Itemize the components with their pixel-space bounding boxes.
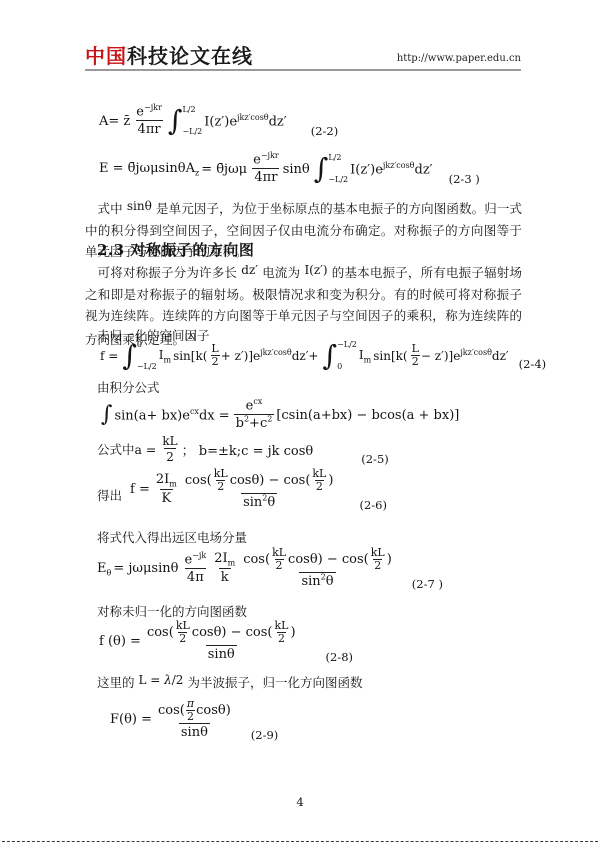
math-token: cosθ) − cos( — [192, 625, 273, 641]
math-token: 2I — [214, 551, 227, 566]
math-token: θ — [326, 574, 334, 589]
formula-integral-identity: ∫ sin(a+ bx)ecxdx = ecx b2+c2 [csin(a+bx… — [99, 398, 461, 432]
math-token: +c — [249, 416, 267, 431]
fraction: kL2 — [273, 620, 289, 645]
fraction-denominator: 2 — [275, 559, 284, 573]
math-token: e−jkr — [136, 104, 162, 120]
math-token: sin[k( — [173, 349, 207, 363]
math-token: b — [236, 416, 244, 431]
fraction-denominator: 2 — [315, 480, 324, 494]
math-token: cosθ) — [196, 703, 231, 719]
math-token: Eθ — [97, 561, 111, 578]
math-token: λ — [164, 673, 172, 687]
math-exponent: 2 — [267, 415, 272, 424]
inline-math: dz′ — [241, 263, 258, 277]
fraction: π2 — [186, 698, 195, 723]
text-run: 可将对称振子分为许多长 — [98, 265, 238, 280]
integral-limits: 0 −L/2 — [137, 341, 157, 371]
fraction: kL2 — [311, 468, 327, 493]
math-subscript: θ — [107, 568, 112, 577]
formula-2-6: 得出 f = 2Im K cos( kL2 cosθ) − cos( kL2 )… — [97, 468, 389, 512]
math-token: sin2θ — [243, 494, 275, 512]
math-token: A= z̄ — [99, 114, 130, 129]
label-pattern-function: 对称未归一化的方向图函数 — [97, 603, 247, 621]
math-token: 2Im — [156, 472, 177, 489]
formula-2-8: f (θ) = cos( kL2 cosθ) − cos( kL2 ) sinθ… — [99, 620, 355, 664]
equation-number: (2-8) — [326, 650, 354, 664]
math-subscript: m — [169, 480, 177, 489]
integral: ∫ 0 −L/2 — [122, 341, 156, 371]
math-token: f = — [130, 482, 150, 497]
math-exponent: jkz′cosθ — [260, 348, 292, 357]
math-token: = θ̄jωμ — [201, 162, 247, 177]
fraction-numerator: kL — [370, 547, 386, 559]
fraction: ecx b2+c2 — [234, 398, 275, 432]
fraction-denominator: 2 — [186, 710, 195, 724]
fraction: kL2 — [271, 547, 287, 572]
math-token: dz′ — [492, 349, 509, 363]
math-token: f = — [100, 349, 118, 363]
page-number: 4 — [0, 795, 600, 809]
math-token: 公式中a = — [97, 441, 156, 459]
fraction-numerator: L — [210, 343, 219, 355]
integral-sign: ∫ — [101, 406, 112, 425]
text-run: 为半波振子，归一化方向图函数 — [187, 675, 362, 690]
math-exponent: −jk — [192, 551, 206, 560]
fraction: 2Im k — [212, 551, 237, 586]
math-token: Im — [359, 348, 371, 364]
integral: ∫ −L/2 0 — [323, 341, 357, 371]
fraction: kL2 — [370, 547, 386, 572]
equation-number: (2-5) — [361, 452, 389, 466]
math-token: cosθ) − cos( — [230, 473, 311, 489]
math-token: e−jk — [184, 552, 206, 568]
fraction-denominator: sin2θ — [241, 493, 277, 512]
fraction: kL2 — [213, 468, 229, 493]
integral: ∫ — [101, 406, 112, 425]
paper-page: 中国科技论文在线 http://www.paper.edu.cn A= z̄ e… — [0, 0, 600, 851]
fraction-numerator: 2Im — [154, 472, 179, 489]
integral-sign: ∫ — [323, 344, 338, 368]
math-subscript: m — [364, 355, 372, 364]
fraction-denominator: 2 — [164, 448, 176, 465]
integral-limits: L/2 −L/2 — [182, 106, 202, 136]
math-token: e−jkr — [253, 152, 279, 168]
math-token: dz′ — [269, 114, 287, 129]
math-exponent: −jkr — [144, 103, 162, 112]
math-exponent: jkz′cosθ — [460, 348, 492, 357]
integral-upper-limit: L/2 — [328, 154, 348, 162]
math-exponent: jkz′cosθ — [237, 113, 269, 122]
fraction-denominator: 2 — [373, 559, 382, 573]
footer-divider — [2, 841, 598, 842]
formula-2-2: A= z̄ e−jkr 4πr ∫ L/2 −L/2 I(z′)ejkz′cos… — [99, 104, 340, 138]
fraction-numerator: cos( π2 cosθ) — [156, 698, 233, 723]
math-token: cos( — [243, 552, 270, 568]
page-header: 中国科技论文在线 http://www.paper.edu.cn — [85, 46, 521, 71]
math-subscript: m — [228, 559, 236, 568]
fraction-denominator: 4πr — [136, 120, 163, 139]
math-token: sin(a+ bx)e — [114, 408, 189, 423]
equation-number: (2-7 ) — [412, 577, 443, 591]
formula-2-5: 公式中a = kL 2 ； b=±k;c = jk cosθ (2-5) — [97, 434, 391, 466]
integral-sign: ∫ — [122, 344, 137, 368]
math-token: cosθ) − cos( — [288, 552, 369, 568]
math-token: ecx — [246, 398, 263, 414]
equation-number: (2-4) — [519, 357, 547, 371]
formula-2-3: E = θ̄jωμsinθAz = θ̄jωμ e−jkr 4πr sinθ ∫… — [99, 152, 482, 186]
math-subscript: z — [195, 169, 199, 178]
math-token: E — [97, 561, 107, 576]
fraction-denominator: 4π — [185, 568, 206, 587]
fraction-numerator: kL — [213, 468, 229, 480]
integral-sign: ∫ — [314, 157, 329, 181]
math-token: sinθ — [283, 162, 310, 177]
math-exponent: cx — [253, 397, 262, 406]
equation-number: (2-2) — [311, 124, 339, 138]
math-token: + z′)]e — [221, 349, 260, 363]
fraction: cos( kL2 cosθ) − cos( kL2 ) sin2θ — [241, 547, 394, 591]
fraction-denominator: k — [219, 568, 231, 587]
fraction-numerator: e−jkr — [251, 152, 281, 168]
fraction-denominator: sinθ — [179, 723, 210, 742]
logo-text-black: 科技论文在线 — [127, 44, 253, 68]
integral-upper-limit: −L/2 — [337, 341, 357, 349]
inline-math: L = λ/2 — [139, 673, 184, 687]
math-token: e — [136, 104, 144, 119]
fraction-denominator: 2 — [216, 480, 225, 494]
math-token: E = θ̄jωμsinθAz — [99, 161, 199, 178]
math-token: dx = — [199, 408, 230, 423]
fraction-denominator: sin2θ — [299, 572, 335, 591]
fraction-numerator: kL — [175, 620, 191, 632]
math-token: = jωμsinθ — [113, 561, 178, 576]
site-url-link[interactable]: http://www.paper.edu.cn — [397, 54, 521, 66]
fraction-numerator: L — [411, 343, 420, 355]
math-token: − z′)]e — [421, 349, 460, 363]
integral-sign: ∫ — [168, 109, 183, 133]
math-token: sin — [301, 574, 320, 589]
equation-number: (2-3 ) — [449, 172, 480, 186]
integral-lower-limit: −L/2 — [328, 176, 348, 184]
formula-2-7: Eθ = jωμsinθ e−jk 4π 2Im k cos( kL2 cosθ… — [97, 547, 445, 591]
math-token: cos( — [147, 625, 174, 641]
inline-math: sinθ — [127, 199, 152, 213]
fraction-denominator: b2+c2 — [234, 414, 275, 433]
fraction-numerator: kL — [311, 468, 327, 480]
math-token: f (θ) = — [99, 634, 141, 649]
math-token: I(z′)ejkz′cosθdz′ — [350, 162, 432, 177]
math-token: A= — [99, 114, 123, 129]
integral-lower-limit: −L/2 — [182, 128, 202, 136]
label-integral-formula: 由积分公式 — [97, 379, 160, 397]
math-token: b2+c2 — [236, 415, 273, 433]
fraction-numerator: kL — [160, 434, 179, 448]
math-exponent: cx — [190, 407, 199, 416]
math-token: e — [253, 152, 261, 167]
fraction-numerator: π — [186, 698, 195, 710]
math-token: cos( — [185, 473, 212, 489]
fraction-numerator: kL — [273, 620, 289, 632]
fraction: e−jkr 4πr — [134, 104, 164, 138]
math-token: L = — [139, 673, 165, 687]
integral-limits: L/2 −L/2 — [328, 154, 348, 184]
integral-upper-limit: 0 — [137, 341, 157, 349]
math-token: − z′)]ejkz′cosθdz′ — [421, 349, 509, 363]
fraction-numerator: cos( kL2 cosθ) − cos( kL2 ) — [183, 468, 336, 493]
math-token: Im — [159, 348, 171, 364]
math-token: dz′ — [415, 162, 433, 177]
equation-number: (2-9) — [251, 728, 279, 742]
text-run: 电流为 — [262, 265, 300, 280]
math-token: E = θ̄jωμsinθA — [99, 161, 195, 176]
fraction-numerator: kL — [271, 547, 287, 559]
unit-vector: z̄ — [123, 114, 130, 129]
math-token: ) — [290, 625, 295, 641]
fraction-numerator: e−jk — [182, 552, 208, 568]
fraction-numerator: cos( kL2 cosθ) − cos( kL2 ) — [145, 620, 298, 645]
integral-lower-limit: −L/2 — [137, 363, 157, 371]
math-token: 2I — [156, 472, 169, 487]
logo-text-red: 中国 — [85, 44, 127, 68]
math-token: F(θ) = — [110, 712, 152, 727]
math-token: 2Im — [214, 551, 235, 568]
fraction-numerator: 2Im — [212, 551, 237, 568]
integral-lower-limit: 0 — [337, 363, 357, 371]
integral-limits: −L/2 0 — [337, 341, 357, 371]
fraction: kL2 — [175, 620, 191, 645]
site-logo: 中国科技论文在线 — [85, 46, 253, 66]
math-exponent: −jkr — [261, 151, 279, 160]
math-token: sin(a+ bx)ecxdx = — [114, 408, 229, 423]
equation-number: (2-6) — [359, 498, 387, 512]
integral: ∫ L/2 −L/2 — [168, 106, 202, 136]
formula-2-9: F(θ) = cos( π2 cosθ) sinθ (2-9) — [110, 698, 280, 742]
math-token: sin[k( — [373, 349, 407, 363]
math-token: ； b=±k;c = jk cosθ — [182, 440, 314, 459]
math-token: ) — [387, 552, 392, 568]
text-run: 式中 — [98, 201, 123, 216]
formula-2-4: f = ∫ 0 −L/2 Im sin[k( L 2 + z′)]ejkz′co… — [100, 341, 548, 371]
fraction: kL 2 — [160, 434, 179, 466]
math-token: θ — [267, 495, 275, 510]
fraction: cos( kL2 cosθ) − cos( kL2 ) sinθ — [145, 620, 298, 664]
fraction-denominator: 2 — [211, 355, 220, 369]
section-heading-2-3: 2.3 对称振子的方向图 — [97, 239, 254, 260]
fraction-denominator: 2 — [411, 355, 420, 369]
fraction: cos( kL2 cosθ) − cos( kL2 ) sin2θ — [183, 468, 336, 512]
math-token: I(z′)e — [204, 114, 237, 129]
math-token: dz′+ — [292, 349, 319, 363]
math-token: ) — [328, 473, 333, 489]
label-result: 得出 — [97, 486, 122, 512]
fraction-numerator: ecx — [244, 398, 265, 414]
label-substitute: 将式代入得出远区电场分量 — [97, 529, 247, 547]
math-token: + z′)]ejkz′cosθdz′+ — [221, 349, 319, 363]
math-token: cos( — [158, 703, 185, 719]
math-token: /2 — [172, 673, 184, 687]
fraction-denominator: sinθ — [206, 645, 237, 664]
fraction: 2Im K — [154, 472, 179, 507]
fraction: cos( π2 cosθ) sinθ — [156, 698, 233, 742]
text-run: 这里的 — [97, 675, 135, 690]
math-token: [csin(a+bx) − bcos(a + bx)] — [276, 408, 459, 423]
fraction: L 2 — [411, 343, 420, 368]
fraction-numerator: cos( kL2 cosθ) − cos( kL2 ) — [241, 547, 394, 572]
fraction-denominator: 4πr — [252, 168, 279, 187]
integral: ∫ L/2 −L/2 — [314, 154, 348, 184]
fraction-denominator: 2 — [277, 632, 286, 646]
math-token: sin2θ — [301, 573, 333, 591]
fraction: e−jk 4π — [182, 552, 208, 586]
fraction-numerator: e−jkr — [134, 104, 164, 120]
fraction-denominator: 2 — [178, 632, 187, 646]
math-exponent: jkz′cosθ — [383, 161, 415, 170]
inline-math: I(z′) — [304, 263, 327, 277]
integral-upper-limit: L/2 — [182, 106, 202, 114]
fraction: e−jkr 4πr — [251, 152, 281, 186]
math-token: I(z′)ejkz′cosθdz′ — [204, 114, 286, 129]
label-halfwave: 这里的 L = λ/2 为半波振子，归一化方向图函数 — [97, 674, 362, 692]
math-token: sin — [243, 495, 262, 510]
math-token: I(z′)e — [350, 162, 383, 177]
math-subscript: m — [163, 355, 171, 364]
fraction: L 2 — [210, 343, 219, 368]
fraction-denominator: K — [160, 489, 174, 508]
